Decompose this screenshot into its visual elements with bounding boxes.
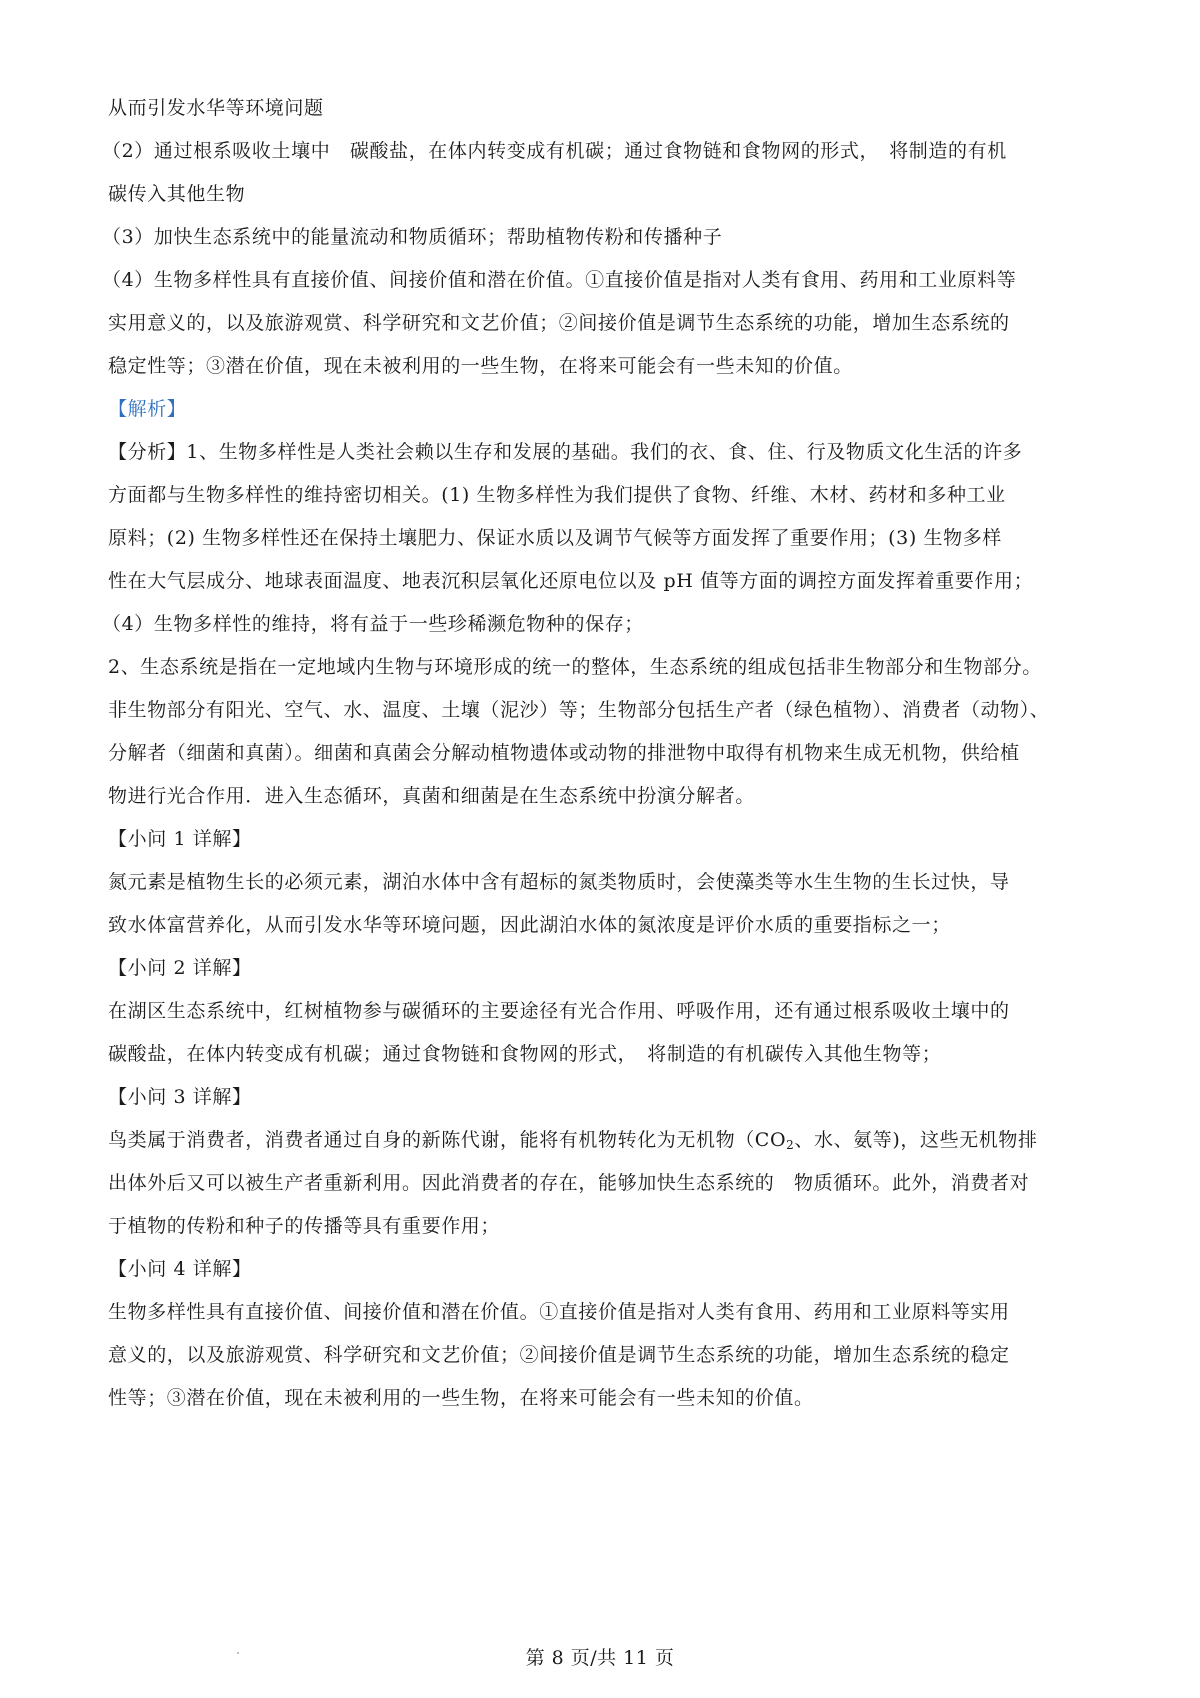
analysis-line: 性在大气层成分、地球表面温度、地表沉积层氧化还原电位以及 pH 值等方面的调控方…: [108, 569, 1033, 593]
document-page: 从而引发水华等环境问题 （2）通过根系吸收土壤中 碳酸盐，在体内转变成有机碳；通…: [0, 0, 1200, 1698]
answer-line: （3）加快生态系统中的能量流动和物质循环；帮助植物传粉和传播种子: [102, 225, 722, 249]
sub-question-1-heading: 【小问 1 详解】: [108, 827, 252, 851]
answer-line: 从而引发水华等环境问题: [108, 96, 324, 120]
sub-question-3-line-head: 鸟类属于消费者，消费者通过自身的新陈代谢，能将有机物转化为无机物（CO: [108, 1129, 786, 1151]
analysis-heading: 【解析】: [108, 397, 186, 421]
analysis-line: 原料；(2) 生物多样性还在保持土壤肥力、保证水质以及调节气候等方面发挥了重要作…: [108, 526, 1002, 550]
analysis-line: 分解者（细菌和真菌）。细菌和真菌会分解动植物遗体或动物的排泄物中取得有机物来生成…: [108, 741, 1020, 765]
sub-question-2-line: 在湖区生态系统中，红树植物参与碳循环的主要途径有光合作用、呼吸作用，还有通过根系…: [108, 999, 1010, 1023]
answer-line: （2）通过根系吸收土壤中 碳酸盐，在体内转变成有机碳；通过食物链和食物网的形式，…: [102, 139, 1007, 163]
answer-line: 碳传入其他生物: [108, 182, 245, 206]
sub-question-3-line-tail: 、水、氨等)，这些无机物排: [794, 1129, 1037, 1151]
sub-question-4-line: 性等；③潜在价值，现在未被利用的一些生物，在将来可能会有一些未知的价值。: [108, 1386, 814, 1410]
analysis-line: 方面都与生物多样性的维持密切相关。(1) 生物多样性为我们提供了食物、纤维、木材…: [108, 483, 1006, 507]
sub-question-4-line: 意义的，以及旅游观赏、科学研究和文艺价值；②间接价值是调节生态系统的功能，增加生…: [108, 1343, 1010, 1367]
sub-question-3-heading: 【小问 3 详解】: [108, 1085, 252, 1109]
analysis-line: 【分析】1、生物多样性是人类社会赖以生存和发展的基础。我们的衣、食、住、行及物质…: [108, 440, 1022, 464]
sub-question-3-line: 于植物的传粉和种子的传播等具有重要作用；: [108, 1214, 500, 1238]
sub-question-1-line: 氮元素是植物生长的必须元素，湖泊水体中含有超标的氮类物质时，会使藻类等水生生物的…: [108, 870, 1010, 894]
sub-question-4-line: 生物多样性具有直接价值、间接价值和潜在价值。①直接价值是指对人类有食用、药用和工…: [108, 1300, 1010, 1324]
answer-line: （4）生物多样性具有直接价值、间接价值和潜在价值。①直接价值是指对人类有食用、药…: [102, 268, 1016, 292]
analysis-line: （4）生物多样性的维持，将有益于一些珍稀濒危物种的保存；: [102, 612, 644, 636]
answer-line: 稳定性等；③潜在价值，现在未被利用的一些生物，在将来可能会有一些未知的价值。: [108, 354, 853, 378]
sub-question-4-heading: 【小问 4 详解】: [108, 1257, 252, 1281]
sub-question-3-line: 出体外后又可以被生产者重新利用。因此消费者的存在，能够加快生态系统的 物质循环。…: [108, 1171, 1029, 1195]
page-number-footer: 第 8 页/共 11 页: [0, 1643, 1200, 1670]
answer-line: 实用意义的，以及旅游观赏、科学研究和文艺价值；②间接价值是调节生态系统的功能，增…: [108, 311, 1010, 335]
analysis-line: 物进行光合作用．进入生态循环，真菌和细菌是在生态系统中扮演分解者。: [108, 784, 755, 808]
sub-question-2-line: 碳酸盐，在体内转变成有机碳；通过食物链和食物网的形式， 将制造的有机碳传入其他生…: [108, 1042, 941, 1066]
sub-question-3-line: 鸟类属于消费者，消费者通过自身的新陈代谢，能将有机物转化为无机物（CO2、水、氨…: [108, 1128, 1038, 1152]
analysis-line: 2、生态系统是指在一定地域内生物与环境形成的统一的整体，生态系统的组成包括非生物…: [108, 655, 1042, 679]
sub-question-2-heading: 【小问 2 详解】: [108, 956, 252, 980]
sub-question-1-line: 致水体富营养化，从而引发水华等环境问题，因此湖泊水体的氮浓度是评价水质的重要指标…: [108, 913, 951, 937]
analysis-line: 非生物部分有阳光、空气、水、温度、土壤（泥沙）等；生物部分包括生产者（绿色植物）…: [108, 698, 1049, 722]
